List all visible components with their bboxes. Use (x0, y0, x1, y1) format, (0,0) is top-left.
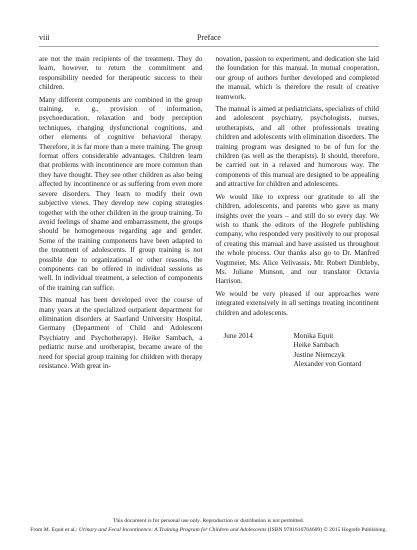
author-name: Alexander von Gontard (294, 360, 380, 369)
left-column: are not the main recipients of the treat… (39, 55, 203, 374)
author-name: Monika Equit (294, 332, 380, 341)
author-name: Justine Niemczyk (294, 351, 380, 360)
paragraph: are not the main recipients of the treat… (39, 55, 203, 93)
paragraph: We would be very pleased if our approach… (216, 290, 380, 318)
running-title: Preface (39, 33, 379, 42)
book-title: Urinary and Fecal Incontinence: A Traini… (79, 527, 267, 533)
signature-block: June 2014 Monika Equit Heike Sambach Jus… (216, 332, 380, 370)
author-name: Heike Sambach (294, 341, 380, 350)
two-column-body: are not the main recipients of the treat… (39, 55, 379, 374)
paragraph: This manual has been developed over the … (39, 296, 203, 371)
paragraph: We would like to express our gratitude t… (216, 193, 380, 287)
signature-date: June 2014 (216, 332, 294, 370)
page-number: viii (39, 33, 50, 42)
paragraph: The manual is aimed at pediatricians, sp… (216, 105, 380, 190)
right-column: novation, passion to experiment, and ded… (216, 55, 380, 374)
copyright-footer: This document is for personal use only. … (0, 517, 417, 535)
citation-suffix: (ISBN 9781616764609) © 2015 Hogrefe Publ… (266, 527, 386, 533)
document-page: viii Preface are not the main recipients… (0, 0, 417, 550)
paragraph: Many different components are combined i… (39, 96, 203, 294)
citation-prefix: From M. Equit et al.: (30, 527, 79, 533)
author-names: Monika Equit Heike Sambach Justine Niemc… (294, 332, 380, 370)
page-header: viii Preface (39, 33, 379, 47)
source-citation: From M. Equit et al.: Urinary and Fecal … (0, 526, 417, 535)
paragraph: novation, passion to experiment, and ded… (216, 55, 380, 102)
usage-notice: This document is for personal use only. … (0, 517, 417, 526)
